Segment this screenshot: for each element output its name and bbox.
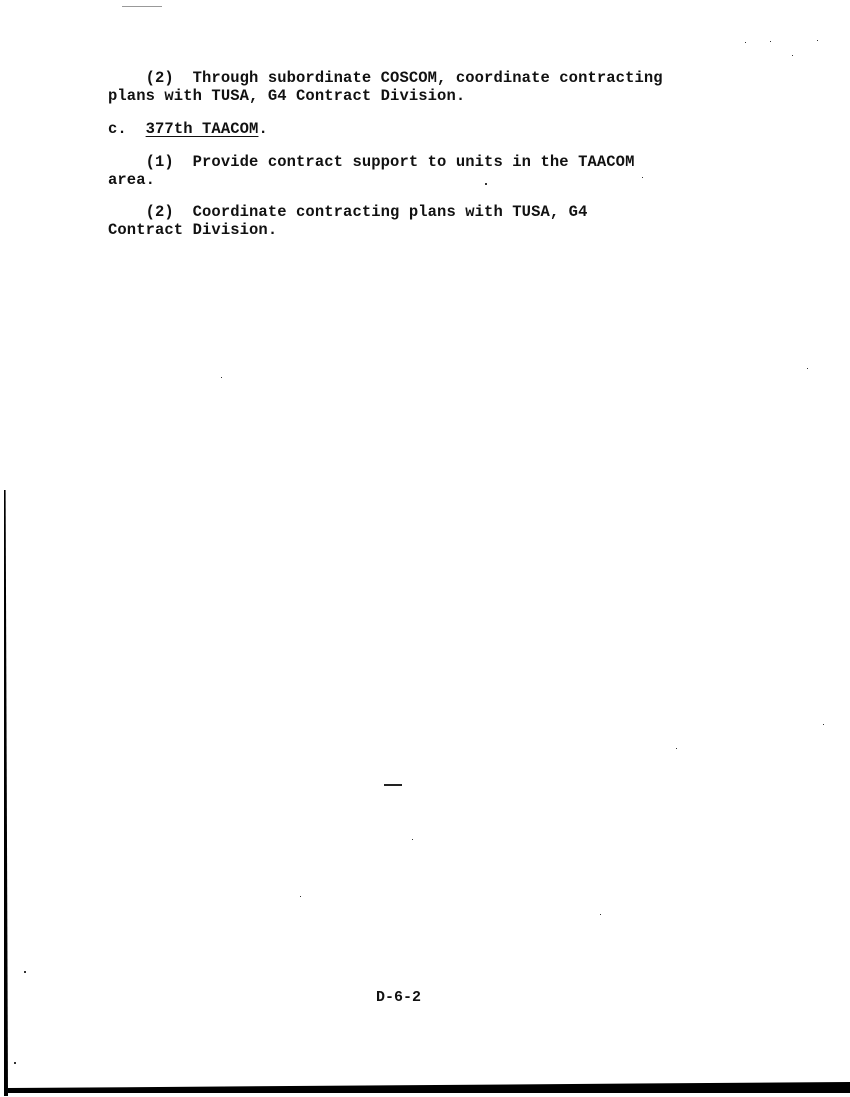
scan-border-bottom (8, 1082, 850, 1093)
scan-speck (221, 377, 222, 378)
scan-speck (14, 1062, 16, 1064)
section-c-title: 377th TAACOM (146, 120, 259, 138)
scan-speck (24, 971, 26, 973)
scan-artifact-top (122, 6, 162, 7)
scan-speck (745, 42, 746, 43)
scan-speck (817, 40, 818, 41)
section-c-label: c. (108, 120, 127, 138)
scan-speck (600, 914, 601, 915)
paragraph-c2-line-1: (2) Coordinate contracting plans with TU… (108, 203, 587, 221)
scan-speck (642, 177, 643, 178)
paragraph-b2-line-2: plans with TUSA, G4 Contract Division. (108, 87, 465, 105)
scan-artifact-dash (384, 784, 402, 786)
scan-speck (676, 748, 677, 749)
paragraph-c2-line-2: Contract Division. (108, 221, 277, 239)
section-c-title-period: . (258, 120, 267, 138)
page-number: D-6-2 (376, 989, 421, 1006)
scan-speck (823, 724, 824, 725)
section-c-heading: c. 377th TAACOM. (108, 120, 268, 138)
scan-speck (412, 839, 413, 840)
paragraph-b2-line-1: (2) Through subordinate COSCOM, coordina… (108, 69, 663, 87)
paragraph-c1-line-1: (1) Provide contract support to units in… (108, 153, 634, 171)
scan-speck (792, 55, 793, 56)
paragraph-c1-line-2: area. (108, 171, 155, 189)
scan-border-left (4, 490, 8, 1096)
scan-speck (300, 896, 301, 897)
scan-speck (770, 41, 771, 42)
scan-speck (485, 183, 487, 185)
document-page: (2) Through subordinate COSCOM, coordina… (0, 0, 850, 1097)
scan-speck (807, 368, 808, 369)
